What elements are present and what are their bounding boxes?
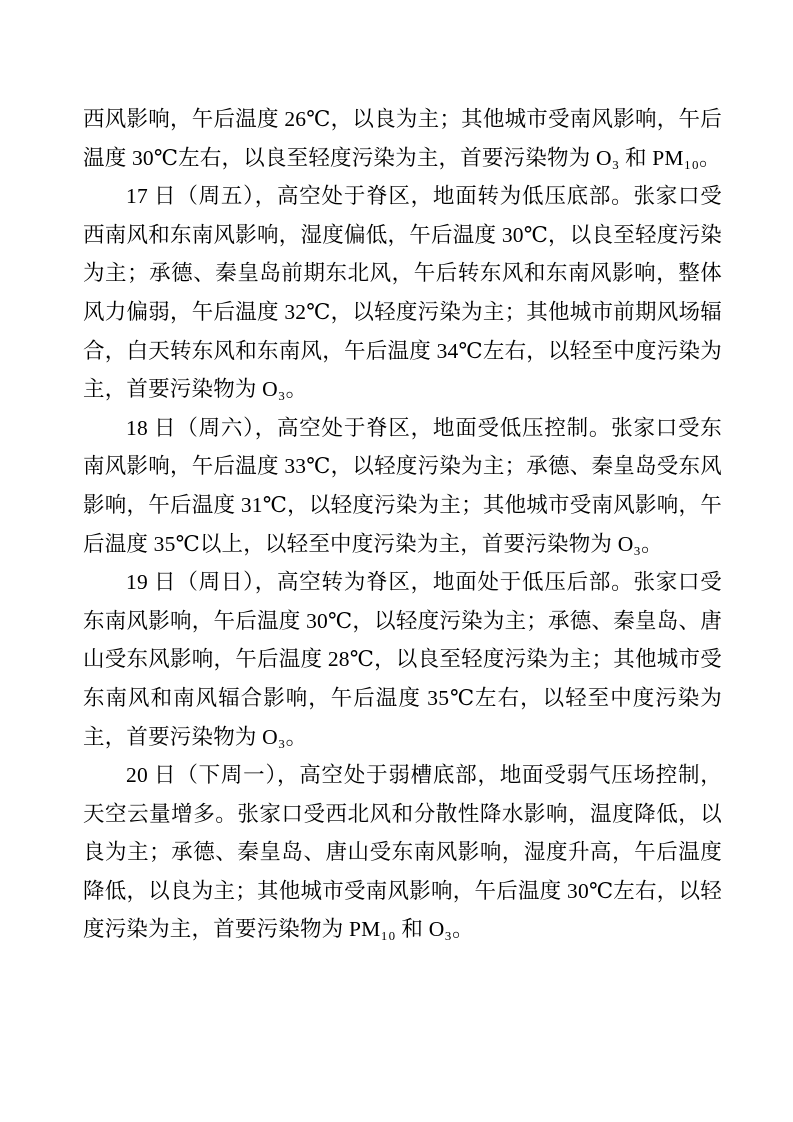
paragraph-continuation: 西风影响，午后温度 26℃，以良为主；其他城市受南风影响，午后温度 30℃左右，… bbox=[83, 100, 722, 177]
paragraph-forecast-day20: 20 日（下周一），高空处于弱槽底部，地面受弱气压场控制，天空云量增多。张家口受… bbox=[83, 756, 722, 949]
paragraph-forecast-day18: 18 日（周六），高空处于脊区，地面受低压控制。张家口受东南风影响，午后温度 3… bbox=[83, 409, 722, 563]
paragraph-forecast-day17: 17 日（周五），高空处于脊区，地面转为低压底部。张家口受西南风和东南风影响，湿… bbox=[83, 177, 722, 409]
document-text-block: 西风影响，午后温度 26℃，以良为主；其他城市受南风影响，午后温度 30℃左右，… bbox=[83, 100, 722, 949]
document-page: 西风影响，午后温度 26℃，以良为主；其他城市受南风影响，午后温度 30℃左右，… bbox=[0, 0, 793, 1122]
paragraph-forecast-day19: 19 日（周日），高空转为脊区，地面处于低压后部。张家口受东南风影响，午后温度 … bbox=[83, 563, 722, 756]
